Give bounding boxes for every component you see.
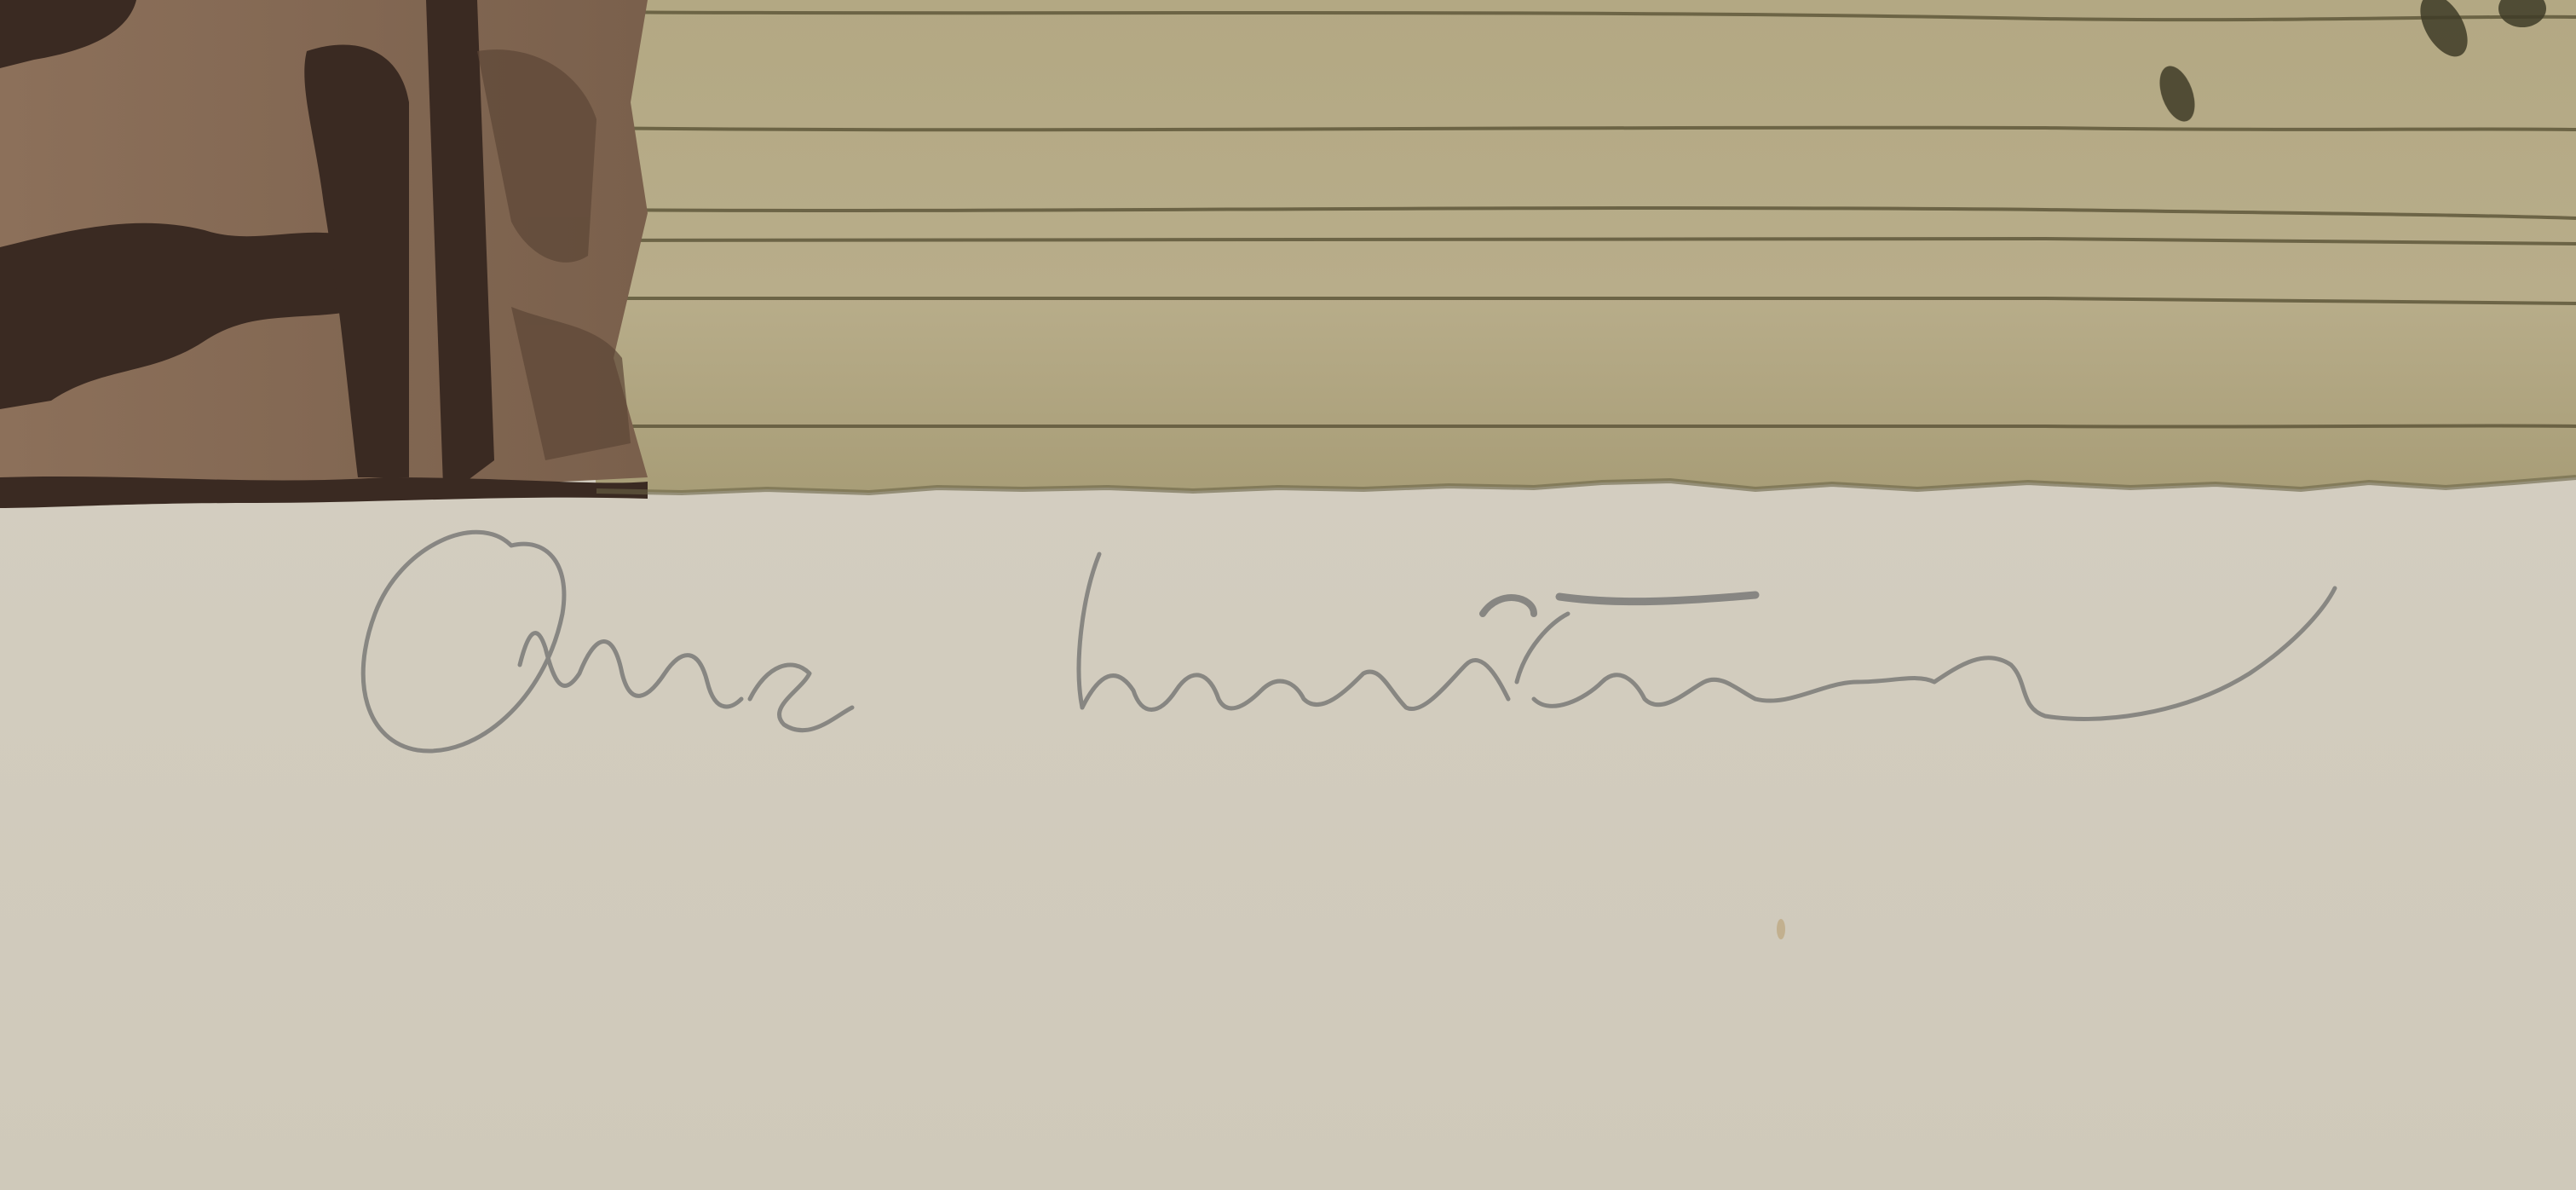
- artwork-photo: Anne Anttina: [0, 0, 2576, 1190]
- print-area: [0, 0, 2576, 511]
- olive-wash: [554, 0, 2576, 493]
